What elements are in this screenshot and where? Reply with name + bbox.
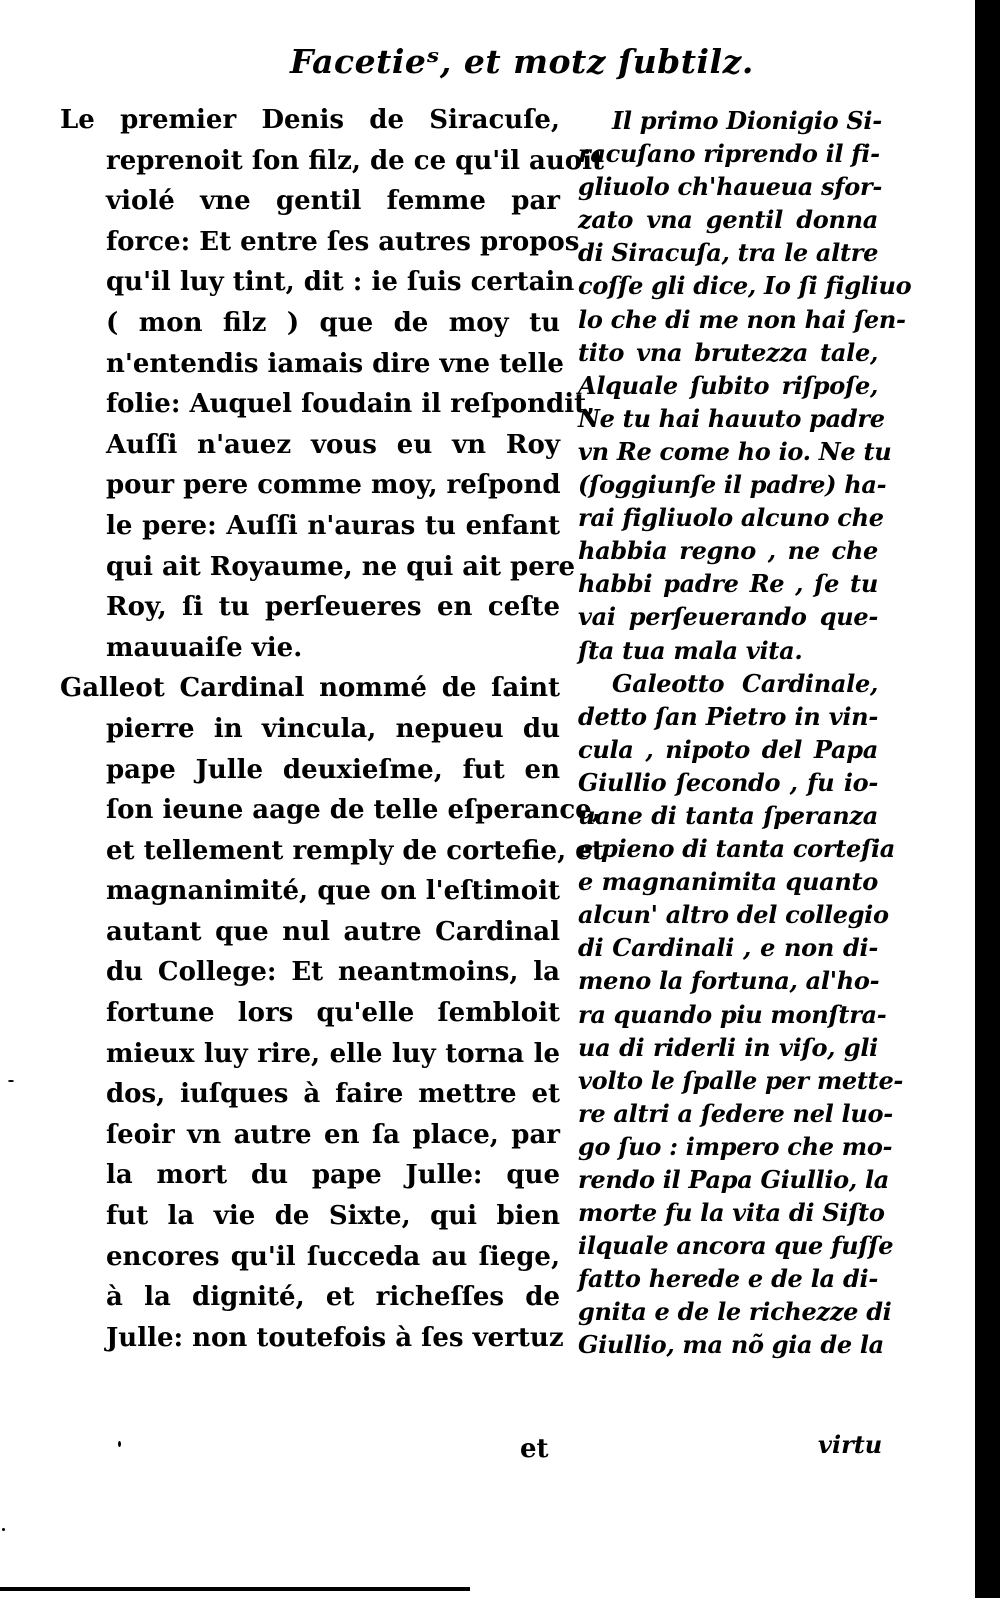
french-line: fortune lors qu'elle ſembloit bbox=[60, 993, 560, 1034]
italian-line: e magnanimita quanto bbox=[578, 865, 878, 898]
french-line: mauuaiſe vie. bbox=[60, 628, 560, 669]
italian-line: rendo il Papa Giullio, la bbox=[578, 1163, 878, 1196]
italian-line: ilquale ancora que fuſſe bbox=[578, 1229, 878, 1262]
french-line: qu'il luy tint, dit : ie ſuis certain bbox=[60, 262, 560, 303]
book-page: Facetieˢ, et motz ſubtilz. Le premier De… bbox=[0, 0, 1000, 1598]
french-line: le pere: Auſſi n'auras tu enfant bbox=[60, 506, 560, 547]
french-line: pape Julle deuxieſme, fut en bbox=[60, 750, 560, 791]
french-line: autant que nul autre Cardinal bbox=[60, 912, 560, 953]
italian-line: di Siracuſa, tra le altre bbox=[578, 236, 878, 269]
italian-line: Ne tu hai hauuto padre bbox=[578, 402, 878, 435]
italian-line: gnita e de le richezze di bbox=[578, 1295, 878, 1328]
scan-speck bbox=[8, 1080, 14, 1082]
scan-speck bbox=[118, 1441, 121, 1447]
french-paragraph-2: Galleot Cardinal nommé de ſaint pierre i… bbox=[60, 668, 560, 1358]
french-paragraph-1: Le premier Denis de Siracuſe, reprenoit … bbox=[60, 100, 560, 668]
italian-line: Galeotto Cardinale, bbox=[578, 667, 878, 700]
french-line: Roy, ſi tu perſeueres en ceſte bbox=[60, 587, 560, 628]
italian-line: Alquale ſubito riſpoſe, bbox=[578, 369, 878, 402]
french-line: pour pere comme moy, reſpond bbox=[60, 465, 560, 506]
italian-column: Il primo Dionigio Si- racuſano riprendo … bbox=[578, 104, 878, 1362]
italian-line: rai figliuolo alcuno che bbox=[578, 501, 878, 534]
italian-line: tito vna brutezza tale, bbox=[578, 336, 878, 369]
french-line: Auſſi n'auez vous eu vn Roy bbox=[60, 425, 560, 466]
french-line: ſeoir vn autre en ſa place, par bbox=[60, 1115, 560, 1156]
french-line: ſon ieune aage de telle eſperance, bbox=[60, 790, 560, 831]
italian-line: cula , nipoto del Papa bbox=[578, 733, 878, 766]
french-line: à la dignité, et richeſſes de bbox=[60, 1277, 560, 1318]
running-head: Facetieˢ, et motz ſubtilz. bbox=[290, 42, 690, 81]
italian-line: lo che di me non hai ſen- bbox=[578, 303, 878, 336]
french-line: mieux luy rire, elle luy torna le bbox=[60, 1034, 560, 1075]
italian-line: go ſuo : impero che mo- bbox=[578, 1130, 878, 1163]
french-line: reprenoit ſon filz, de ce qu'il auoit bbox=[60, 141, 560, 182]
italian-line: vn Re come ho io. Ne tu bbox=[578, 435, 878, 468]
french-line: et tellement remply de cortefie, et bbox=[60, 831, 560, 872]
italian-line: habbia regno , ne che bbox=[578, 534, 878, 567]
italian-line: habbi padre Re , ſe tu bbox=[578, 567, 878, 600]
french-line: Galleot Cardinal nommé de ſaint bbox=[60, 668, 560, 709]
french-catchword: et bbox=[520, 1434, 549, 1464]
french-line: encores qu'il ſucceda au ſiege, bbox=[60, 1237, 560, 1278]
french-line: pierre in vincula, nepueu du bbox=[60, 709, 560, 750]
italian-line: uane di tanta ſperanza bbox=[578, 799, 878, 832]
italian-line: ra quando piu monſtra- bbox=[578, 998, 878, 1031]
french-line: du College: Et neantmoins, la bbox=[60, 952, 560, 993]
italian-line: gliuolo ch'haueua sfor- bbox=[578, 170, 878, 203]
italian-line: racuſano riprendo il fi- bbox=[578, 137, 878, 170]
scan-edge-bottom bbox=[0, 1587, 470, 1591]
french-line: la mort du pape Julle: que bbox=[60, 1155, 560, 1196]
italian-line: re altri a ſedere nel luo- bbox=[578, 1097, 878, 1130]
french-line: n'entendis iamais dire vne telle bbox=[60, 344, 560, 385]
italian-line: alcun' altro del collegio bbox=[578, 898, 878, 931]
italian-line: morte fu la vita di Siſto bbox=[578, 1196, 878, 1229]
italian-line: e pieno di tanta corteſia bbox=[578, 832, 878, 865]
italian-line: volto le ſpalle per mette- bbox=[578, 1064, 878, 1097]
french-column: Le premier Denis de Siracuſe, reprenoit … bbox=[60, 100, 560, 1358]
italian-line: Il primo Dionigio Si- bbox=[578, 104, 878, 137]
french-line: ( mon filz ) que de moy tu bbox=[60, 303, 560, 344]
italian-line: Giullio, ma nõ gia de la bbox=[578, 1328, 878, 1361]
french-line: qui ait Royaume, ne qui ait pere bbox=[60, 547, 560, 588]
french-line: force: Et entre ſes autres propos bbox=[60, 222, 560, 263]
italian-catchword: virtu bbox=[818, 1430, 882, 1459]
italian-line: ſta tua mala vita. bbox=[578, 634, 878, 667]
italian-line: meno la fortuna, al'ho- bbox=[578, 964, 878, 997]
scan-edge-right bbox=[975, 0, 1000, 1598]
italian-line: detto ſan Pietro in vin- bbox=[578, 700, 878, 733]
italian-line: di Cardinali , e non di- bbox=[578, 931, 878, 964]
italian-line: coſſe gli dice, Io ſi figliuo bbox=[578, 269, 878, 302]
italian-line: Giullio ſecondo , fu io- bbox=[578, 766, 878, 799]
scan-speck bbox=[2, 1528, 5, 1531]
italian-line: (ſoggiunſe il padre) ha- bbox=[578, 468, 878, 501]
french-line: dos, iuſques à faire mettre et bbox=[60, 1074, 560, 1115]
french-line: Julle: non toutefois à ſes vertuz bbox=[60, 1318, 560, 1359]
italian-line: vai perſeuerando que- bbox=[578, 600, 878, 633]
italian-paragraph-2: Galeotto Cardinale, detto ſan Pietro in … bbox=[578, 667, 878, 1362]
french-line: folie: Auquel ſoudain il reſpondit, bbox=[60, 384, 560, 425]
italian-line: zato vna gentil donna bbox=[578, 203, 878, 236]
italian-paragraph-1: Il primo Dionigio Si- racuſano riprendo … bbox=[578, 104, 878, 667]
french-line: Le premier Denis de Siracuſe, bbox=[60, 100, 560, 141]
french-line: fut la vie de Sixte, qui bien bbox=[60, 1196, 560, 1237]
italian-line: fatto herede e de la di- bbox=[578, 1262, 878, 1295]
french-line: violé vne gentil femme par bbox=[60, 181, 560, 222]
italian-line: ua di riderli in viſo, gli bbox=[578, 1031, 878, 1064]
french-line: magnanimité, que on l'eſtimoit bbox=[60, 871, 560, 912]
